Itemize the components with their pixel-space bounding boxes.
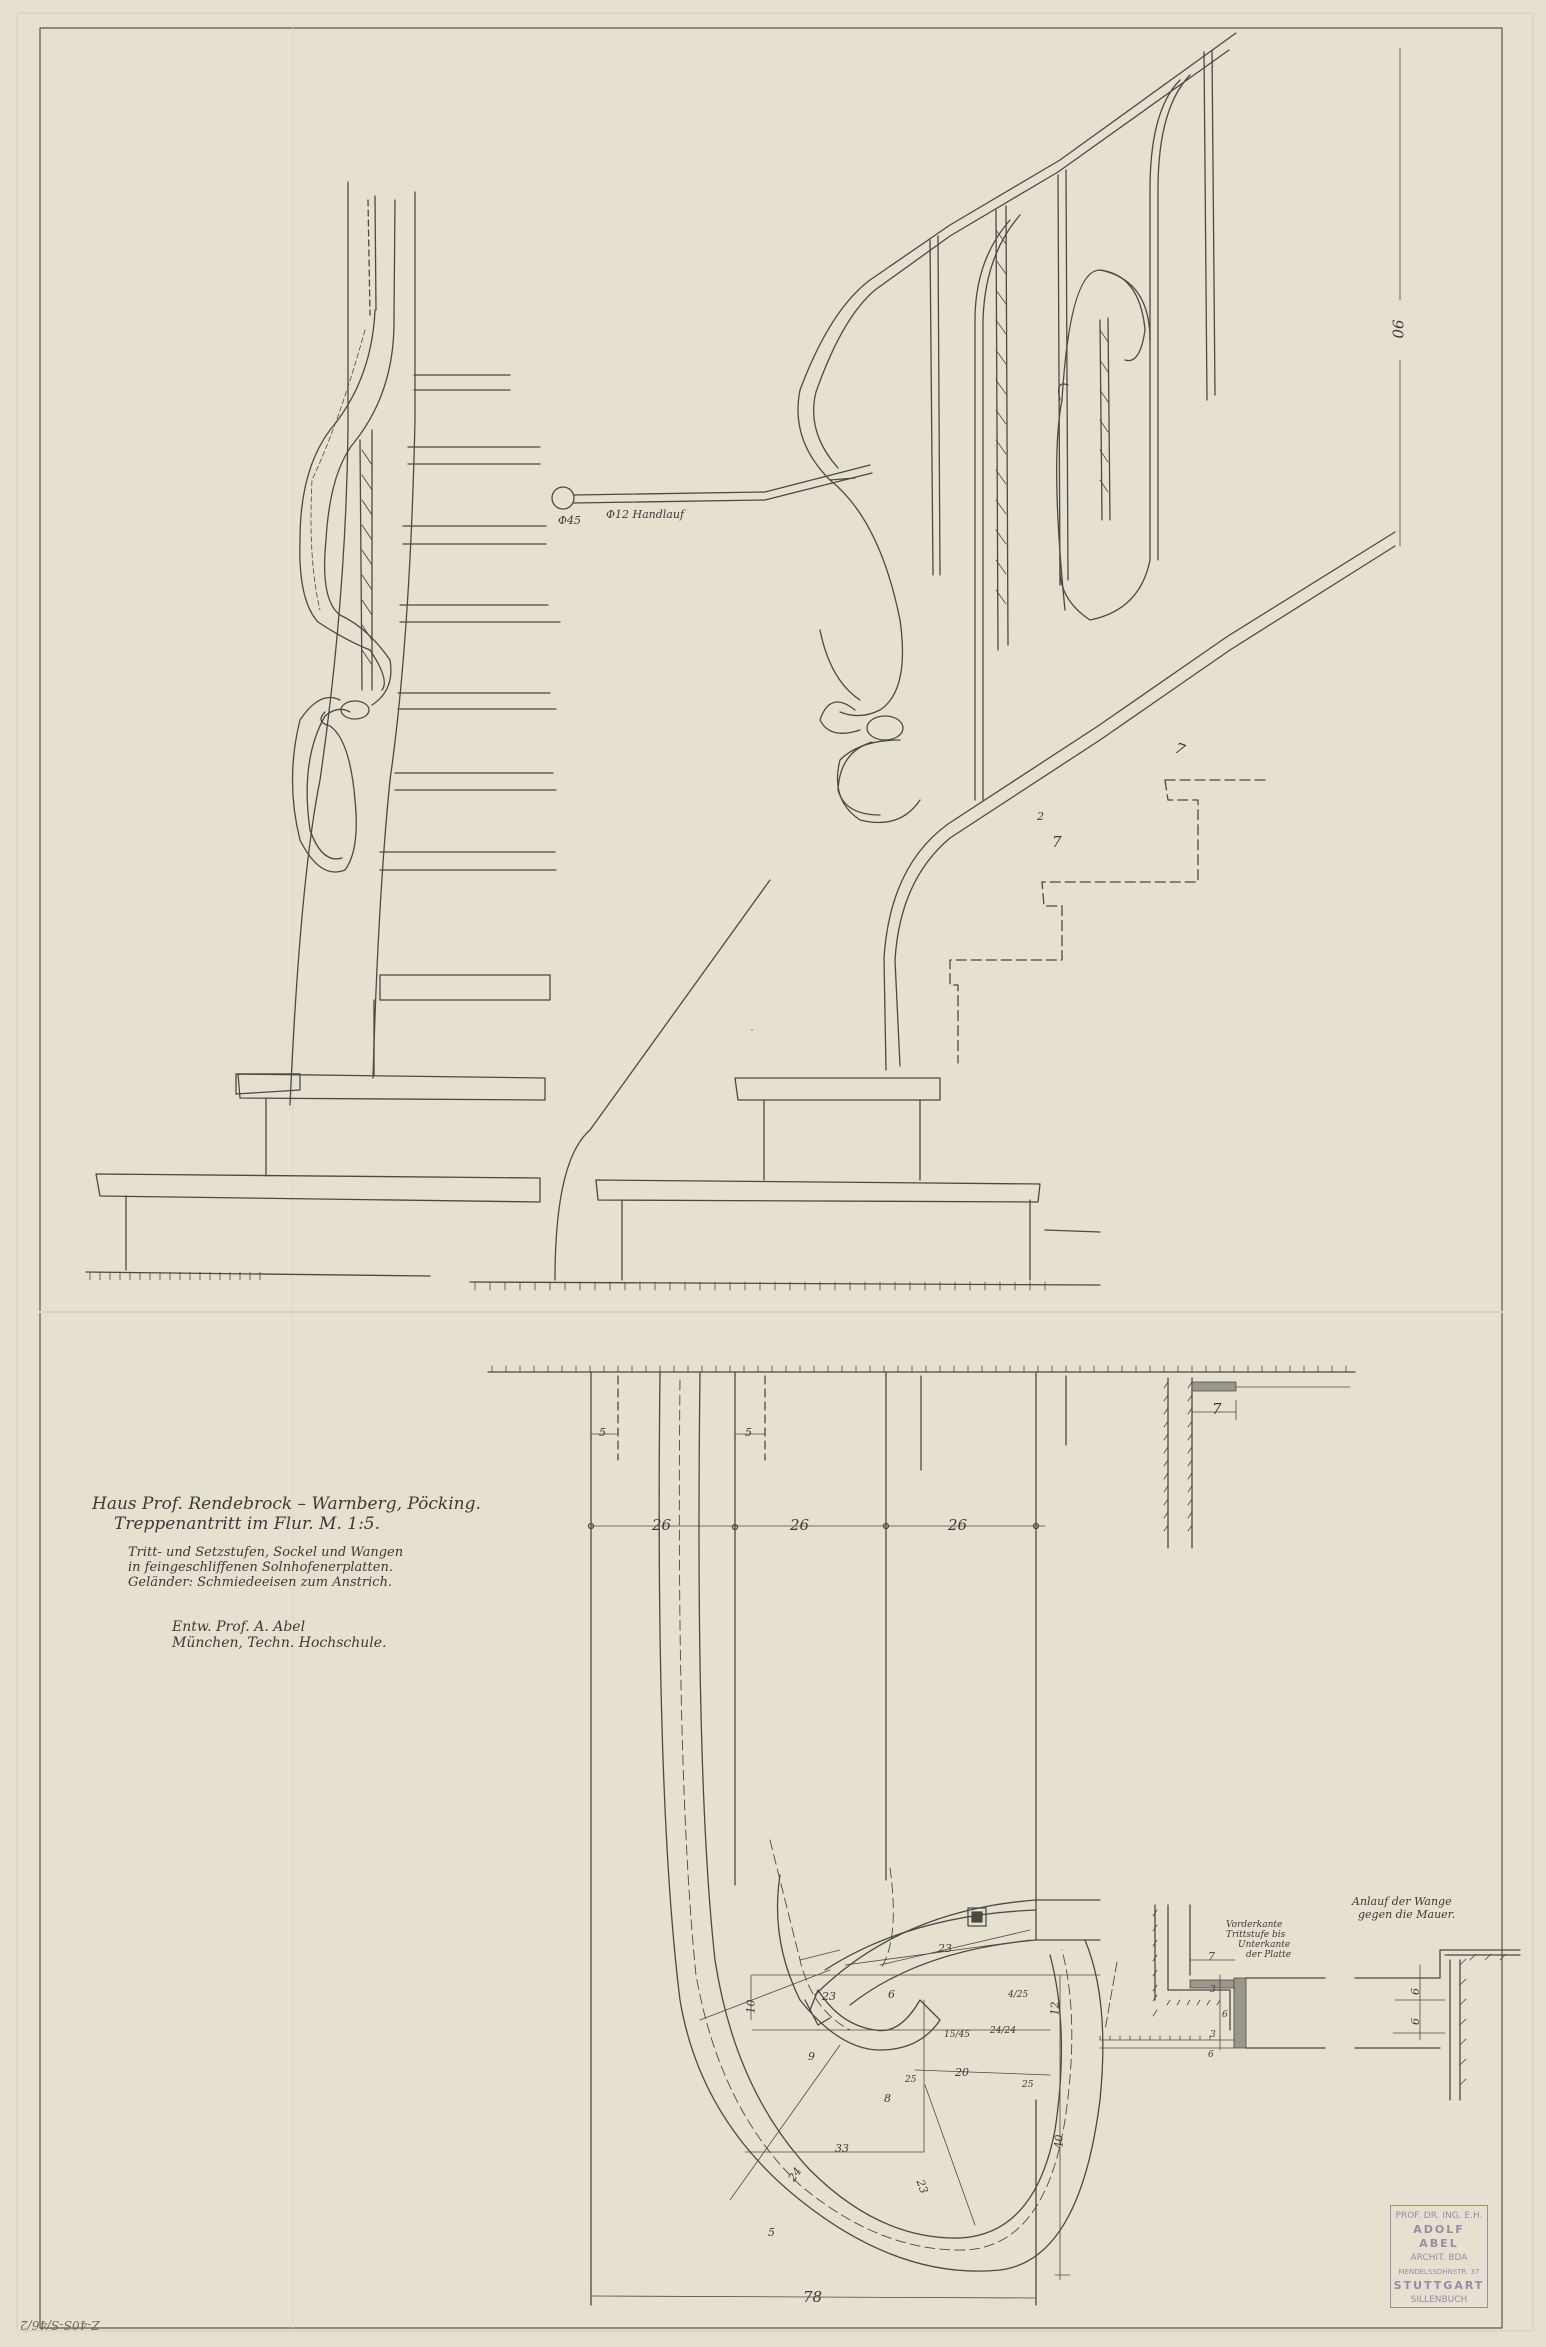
stamp-line: MENDELSSOHNSTR. 37 [1391,2265,1487,2279]
dim-20: 20 [955,2066,969,2079]
stamp-line: SILLENBUCH [1391,2293,1487,2307]
section-dim: 6 [1208,2050,1214,2060]
handrail-knob [552,487,574,509]
dim-25: 25 [905,2075,916,2085]
drawing-linework [0,0,1546,2347]
signature: Entw. Prof. A. Abel München, Techn. Hoch… [172,1619,481,1651]
wall-detail-title-line: gegen die Mauer. [1358,1908,1455,1921]
wall-dim: 6 [1409,2018,1422,2025]
archive-reference: Z-40S-S/46/2 [20,2318,100,2332]
railing-height-dim: 90 [1389,319,1407,338]
knob-diameter-label: Φ45 [558,514,581,527]
rail-gap-dim: 2 [1037,810,1044,823]
dim-33: 33 [835,2142,849,2155]
wall-dim: 6 [1409,1988,1422,1995]
spacing-dim: 26 [948,1516,967,1534]
dim-12: 12 [1049,2002,1062,2016]
note-line: Tritt- und Setzstufen, Sockel und Wangen [128,1546,481,1561]
spacing-dim: 26 [790,1516,809,1534]
dim-25: 25 [1022,2080,1033,2090]
post-offset-dim: 5 [745,1426,752,1439]
section-dim: 3 [1210,1985,1216,1995]
wall-detail-title-line: Anlauf der Wange [1352,1895,1455,1908]
section-note-line: Trittstufe bis [1226,1930,1291,1940]
note-line: in feingeschliffenen Solnhofenerplatten. [128,1561,481,1576]
dim-23: 23 [822,1990,836,2003]
bracket-dim: 15/45 [944,2030,970,2040]
offset-lower-dim: 7 [1052,833,1062,851]
sheet-background: Haus Prof. Rendebrock – Warnberg, Pöckin… [0,0,1546,2347]
title-line-1: Haus Prof. Rendebrock – Warnberg, Pöckin… [92,1495,481,1515]
wall-detail-title: Anlauf der Wange gegen die Mauer. [1352,1895,1455,1921]
section-dim: 7 [1208,1950,1215,1963]
dim-6: 6 [888,1988,895,2001]
left-elevation [86,182,872,1280]
section-dim: 3 [1210,2030,1216,2040]
dim-40: 40 [1053,2135,1066,2149]
spacing-dim: 26 [652,1516,671,1534]
post-offset-dim: 5 [599,1426,606,1439]
section-note-line: Unterkante [1238,1940,1291,1950]
material-note: Tritt- und Setzstufen, Sockel und Wangen… [128,1546,481,1591]
detail-section [1100,1905,1520,2100]
section-note-line: Vorderkante [1226,1920,1291,1930]
dim-78: 78 [803,2288,822,2306]
note-line: Geländer: Schmiedeeisen zum Anstrich. [128,1576,481,1591]
section-note: Vorderkante Trittstufe bis Unterkante de… [1226,1920,1291,1960]
dim-9: 9 [808,2050,815,2063]
title-block: Haus Prof. Rendebrock – Warnberg, Pöckin… [92,1495,481,1651]
dim-10: 10 [745,2000,758,2014]
wall-offset-dim: 7 [1212,1400,1222,1418]
section-dim: 6 [1222,2010,1228,2020]
plan-view [488,1030,1355,2305]
plate-dim: 4/25 [1008,1990,1028,2000]
architect-stamp: PROF. DR. ING. E.H. ADOLF ABEL ARCHIT. B… [1390,2205,1488,2308]
stamp-line: PROF. DR. ING. E.H. [1391,2209,1487,2223]
handrail-label: Φ12 Handlauf [606,508,684,521]
right-elevation [470,33,1400,1290]
square-dim: 24/24 [990,2026,1016,2036]
title-line-2: Treppenantritt im Flur. M. 1:5. [114,1515,481,1535]
stamp-line: STUTTGART [1391,2279,1487,2293]
signature-line: Entw. Prof. A. Abel [172,1619,481,1635]
dim-8: 8 [884,2092,891,2105]
stamp-line: ADOLF ABEL [1391,2223,1487,2251]
sheet-border [40,28,1502,2328]
dim-23: 23 [938,1942,952,1955]
section-note-line: der Platte [1246,1950,1291,1960]
dim-5: 5 [768,2226,775,2239]
stamp-line: ARCHIT. BDA [1391,2251,1487,2265]
signature-line: München, Techn. Hochschule. [172,1635,481,1651]
left-steps [86,375,560,1280]
